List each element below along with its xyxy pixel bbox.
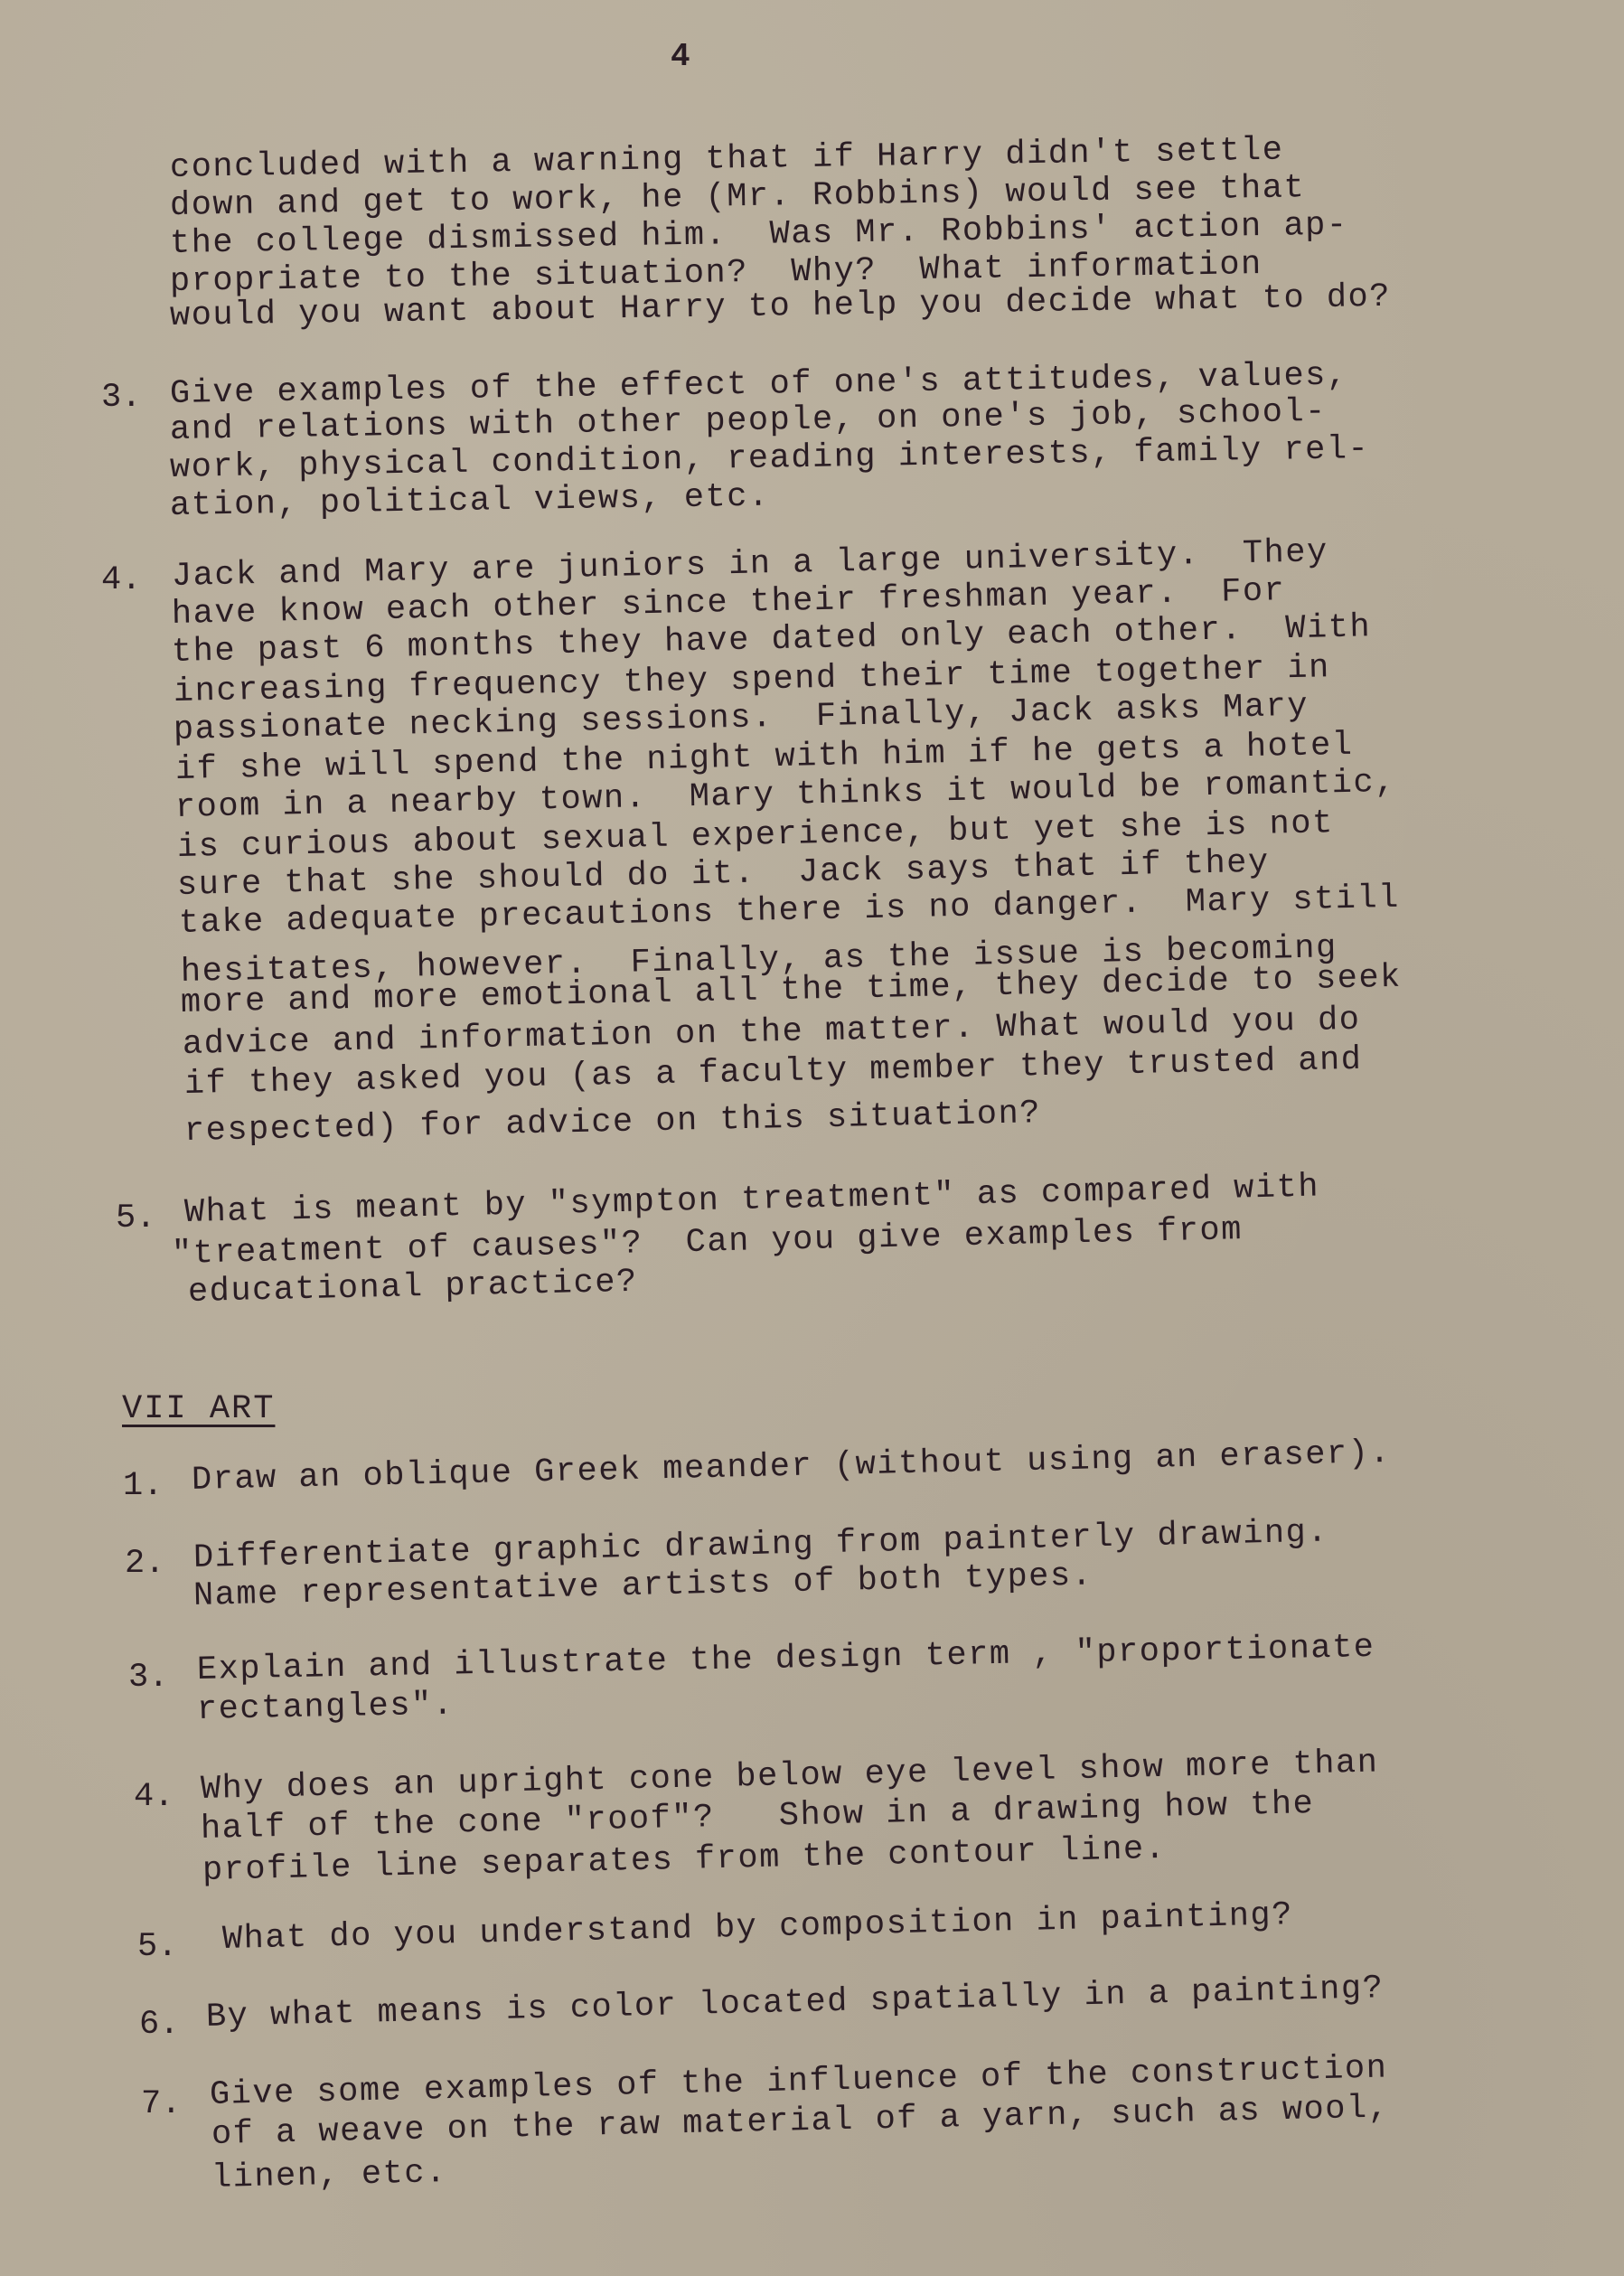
item-number: 7. (141, 2088, 181, 2121)
text-line: respected) for advice on this situation? (184, 1097, 1042, 1149)
text-line: ation, political views, etc. (170, 481, 770, 523)
item-number: 1. (123, 1470, 163, 1503)
item-number: 4. (134, 1781, 174, 1814)
item-number: 6. (139, 2008, 179, 2042)
text-line: rectangles". (197, 1689, 455, 1727)
typewritten-page: 4 concluded with a warning that if Harry… (0, 0, 1624, 2276)
item-number: 4. (101, 564, 141, 597)
section-heading-art: VII ART (122, 1390, 275, 1428)
text-line: By what means is color located spatially… (206, 1972, 1385, 2035)
item-number: 3. (128, 1661, 168, 1695)
item-number: 2. (125, 1547, 164, 1581)
page-number: 4 (671, 38, 690, 75)
text-line: Explain and illustrate the design term ,… (197, 1632, 1375, 1688)
text-line: linen, etc. (211, 2157, 448, 2196)
item-number: 5. (137, 1931, 177, 1964)
item-number: 5. (116, 1202, 155, 1236)
item-number: 3. (101, 381, 141, 415)
text-line: What do you understand by composition in… (222, 1899, 1294, 1957)
text-line: educational practice? (188, 1266, 638, 1310)
text-line: Draw an oblique Greek meander (without u… (192, 1437, 1392, 1498)
